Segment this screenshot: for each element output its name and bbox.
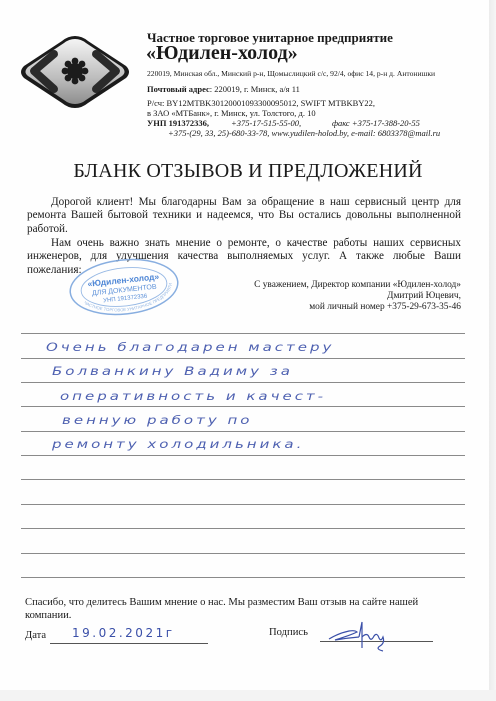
ruled-line (21, 333, 465, 334)
ruled-line (21, 479, 465, 480)
handwritten-feedback-line: ремонту холодильника. (52, 438, 304, 452)
fax-number: факс +375-17-388-20-55 (332, 118, 420, 128)
ruled-line (21, 431, 465, 432)
ruled-line (21, 528, 465, 529)
ruled-line (21, 577, 465, 578)
regards-line: С уважением, Директор компании «Юдилен-х… (254, 280, 461, 291)
ruled-line (21, 406, 465, 407)
handwritten-feedback-line: Очень благодарен мастеру (46, 341, 334, 355)
date-label: Дата (25, 630, 46, 641)
ruled-line (21, 553, 465, 554)
handwritten-feedback-line: Болванкину Вадиму за (52, 365, 293, 379)
ruled-line (21, 455, 465, 456)
ruled-line (21, 504, 465, 505)
bank-name: в ЗАО «МТБанк», г. Минск, ул. Толстого, … (147, 108, 316, 118)
signature-label: Подпись (269, 627, 308, 638)
ruled-line (21, 358, 465, 359)
feedback-form-page: Частное торговое унитарное предприятие «… (0, 0, 496, 701)
postal-label: Почтовый адрес (147, 84, 210, 94)
intro-paragraph-1: Дорогой клиент! Мы благодарны Вам за обр… (27, 196, 461, 236)
director-name: Дмитрий Юцевич, (254, 291, 461, 302)
company-stamp: ЧАСТНОЕ ТОРГОВОЕ УНИТАРНОЕ ПРЕДПРИЯТИЕ «… (65, 252, 182, 321)
handwritten-feedback-line: венную работу по (62, 414, 252, 428)
mobile-web-email: +375-(29, 33, 25)-680-33-78, www.yudilen… (168, 128, 440, 138)
page-title: БЛАНК ОТЗЫВОВ И ПРЕДЛОЖЕНИЙ (0, 160, 496, 183)
ruled-line (21, 382, 465, 383)
unp-number: УНП 191372336, (147, 118, 209, 128)
paper-bottom-shadow (0, 690, 496, 701)
office-phone: +375-17-515-55-00, (231, 118, 301, 128)
company-name: «Юдилен-холод» (146, 42, 298, 65)
company-logo-icon (16, 32, 134, 112)
director-phone: мой личный номер +375-29-673-35-46 (254, 302, 461, 313)
bank-account: Р/сч: BY12MTBK30120001093300095012, SWIF… (147, 98, 375, 108)
company-address: 220019, Минская обл., Минский р-н, Щомыс… (147, 69, 435, 78)
handwritten-feedback-line: оперативность и качест- (60, 390, 326, 404)
postal-address: Почтовый адрес: 220019, г. Минск, а/я 11 (147, 84, 300, 94)
director-regards: С уважением, Директор компании «Юдилен-х… (254, 280, 461, 313)
signature-icon (325, 618, 415, 656)
paper-edge-shadow (489, 0, 496, 701)
date-field-line[interactable] (50, 643, 208, 644)
date-value: 19.02.2021г (72, 626, 175, 640)
contact-row: УНП 191372336, +375-17-515-55-00, факс +… (147, 118, 487, 128)
postal-value: : 220019, г. Минск, а/я 11 (210, 84, 300, 94)
